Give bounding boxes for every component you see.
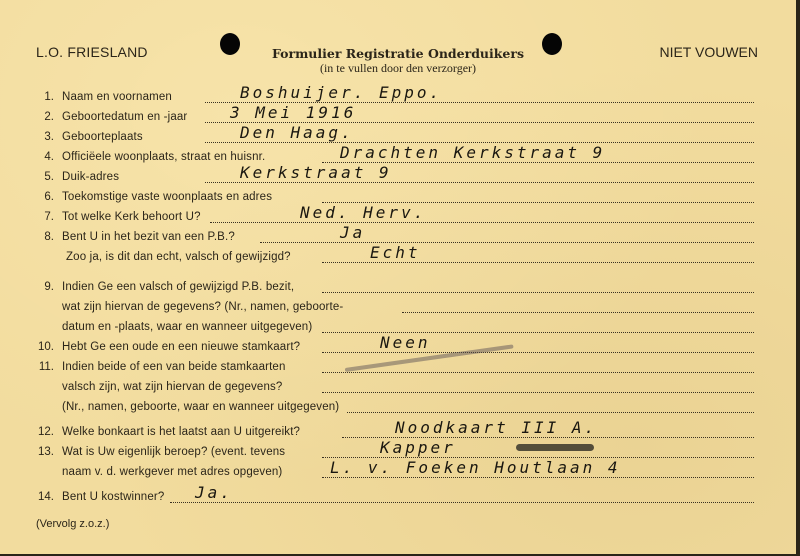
question-row: 5.Duik-adresKerkstraat 9 [0, 167, 796, 187]
handwritten-answer: Noodkaart III A. [395, 418, 597, 437]
question-row: 14.Bent U kostwinner?Ja. [0, 487, 796, 507]
answer-line [347, 412, 754, 413]
question-number: 12. [20, 426, 54, 438]
question-row: 10.Hebt Ge een oude en een nieuwe stamka… [0, 337, 796, 357]
question-label: Hebt Ge een oude en een nieuwe stamkaart… [62, 341, 300, 353]
answer-line [322, 392, 754, 393]
question-label: datum en -plaats, waar en wanneer uitgeg… [62, 321, 312, 333]
question-label: Toekomstige vaste woonplaats en adres [62, 191, 272, 203]
handwritten-answer: Boshuijer. Eppo. [240, 83, 442, 102]
handwritten-answer: Neen [380, 333, 431, 352]
answer-line [322, 477, 754, 478]
answer-line [322, 372, 754, 373]
form-subtitle: (in te vullen door den verzorger) [0, 61, 796, 76]
handwritten-answer: L. v. Foeken Houtlaan 4 [330, 458, 621, 477]
question-label: Geboortedatum en -jaar [62, 111, 187, 123]
handwritten-answer: Ja. [195, 483, 233, 502]
handwritten-answer: 3 Mei 1916 [230, 103, 356, 122]
question-label: Indien Ge een valsch of gewijzigd P.B. b… [62, 281, 294, 293]
question-number: 14. [20, 491, 54, 503]
question-number: 5. [20, 171, 54, 183]
question-number: 13. [20, 446, 54, 458]
question-row: 1.Naam en voornamenBoshuijer. Eppo. [0, 87, 796, 107]
question-row: naam v. d. werkgever met adres opgeven)L… [0, 462, 796, 482]
question-label: Bent U in het bezit van een P.B.? [62, 231, 235, 243]
question-number: 11. [20, 361, 54, 373]
answer-line [205, 182, 754, 183]
question-row: (Nr., namen, geboorte, waar en wanneer u… [0, 397, 796, 417]
question-label: Duik-adres [62, 171, 119, 183]
answer-line [322, 292, 754, 293]
handwritten-answer: Den Haag. [240, 123, 354, 142]
question-number: 6. [20, 191, 54, 203]
question-number: 3. [20, 131, 54, 143]
question-number: 4. [20, 151, 54, 163]
question-number: 1. [20, 91, 54, 103]
question-row: 2.Geboortedatum en -jaar3 Mei 1916 [0, 107, 796, 127]
question-row: 7.Tot welke Kerk behoort U?Ned. Herv. [0, 207, 796, 227]
handwritten-answer: Kerkstraat 9 [240, 163, 392, 182]
ink-blot [516, 444, 594, 451]
answer-line [260, 242, 754, 243]
question-number: 8. [20, 231, 54, 243]
answer-line [402, 312, 754, 313]
question-label: Bent U kostwinner? [62, 491, 164, 503]
question-label: (Nr., namen, geboorte, waar en wanneer u… [62, 401, 339, 413]
question-label: Naam en voornamen [62, 91, 172, 103]
question-number: 7. [20, 211, 54, 223]
registration-form-card: L.O. FRIESLAND Formulier Registratie Ond… [0, 0, 800, 556]
answer-line [170, 502, 754, 503]
question-label: Indien beide of een van beide stamkaarte… [62, 361, 286, 373]
continued-overleaf-note: (Vervolg z.o.z.) [36, 518, 109, 530]
handwritten-answer: Kapper [380, 438, 456, 457]
question-label: Geboorteplaats [62, 131, 143, 143]
question-row: valsch zijn, wat zijn hiervan de gegeven… [0, 377, 796, 397]
question-label: Zoo ja, is dit dan echt, valsch of gewij… [66, 251, 291, 263]
question-label: Welke bonkaart is het laatst aan U uitge… [62, 426, 300, 438]
question-label: Tot welke Kerk behoort U? [62, 211, 201, 223]
answer-line [210, 222, 754, 223]
question-label: Officiëele woonplaats, straat en huisnr. [62, 151, 265, 163]
question-number: 10. [20, 341, 54, 353]
question-row: Zoo ja, is dit dan echt, valsch of gewij… [0, 247, 796, 267]
question-label: valsch zijn, wat zijn hiervan de gegeven… [62, 381, 282, 393]
question-label: Wat is Uw eigenlijk beroep? (event. teve… [62, 446, 285, 458]
question-label: naam v. d. werkgever met adres opgeven) [62, 466, 282, 478]
handwritten-answer: Ja [340, 223, 365, 242]
question-number: 9. [20, 281, 54, 293]
question-row: 9.Indien Ge een valsch of gewijzigd P.B.… [0, 277, 796, 297]
do-not-fold-label: NIET VOUWEN [659, 44, 758, 60]
question-row: wat zijn hiervan de gegevens? (Nr., name… [0, 297, 796, 317]
question-row: 4.Officiëele woonplaats, straat en huisn… [0, 147, 796, 167]
answer-line [322, 262, 754, 263]
handwritten-answer: Drachten Kerkstraat 9 [340, 143, 605, 162]
handwritten-answer: Ned. Herv. [300, 203, 426, 222]
question-label: wat zijn hiervan de gegevens? (Nr., name… [62, 301, 343, 313]
question-number: 2. [20, 111, 54, 123]
handwritten-answer: Echt [370, 243, 421, 262]
answer-line [322, 352, 754, 353]
